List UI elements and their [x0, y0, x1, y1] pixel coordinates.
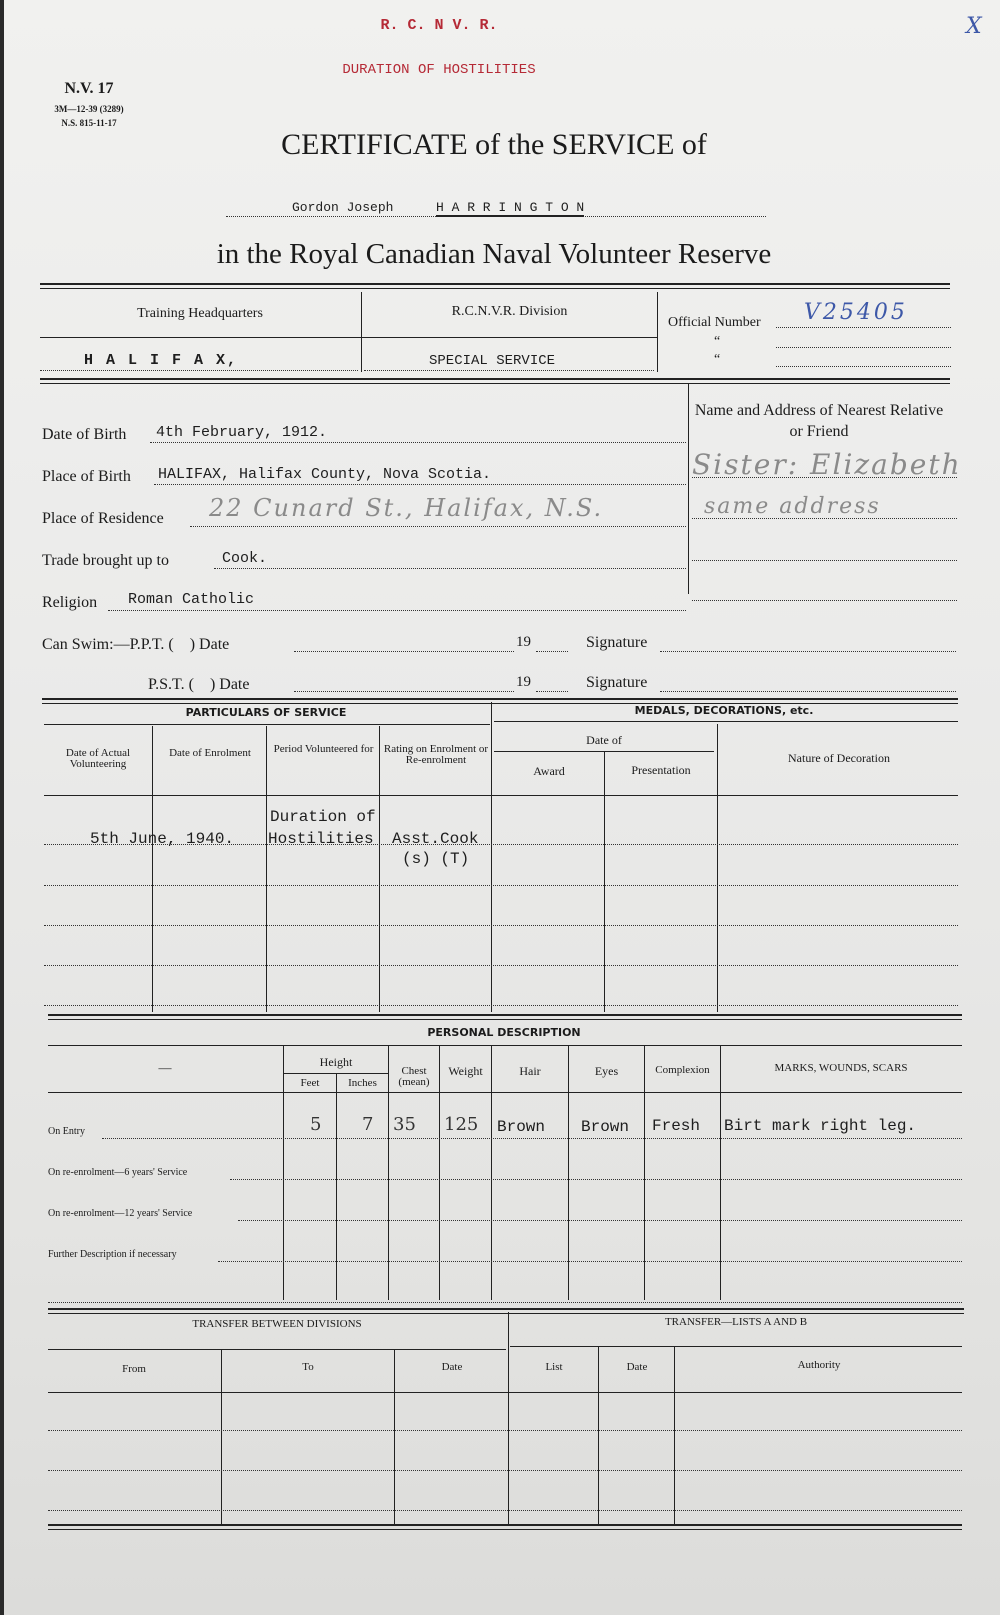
corner-mark: X: [966, 14, 982, 39]
complexion-value: Fresh: [652, 1117, 700, 1135]
next-of-kin-line2: same address: [704, 494, 881, 519]
col-inches: Inches: [337, 1077, 388, 1089]
dob-value: 4th February, 1912.: [156, 424, 327, 441]
col-transfer-date: Date: [396, 1361, 508, 1373]
ditto-mark: “: [714, 334, 720, 350]
ditto-mark: “: [714, 352, 720, 368]
pst-year: 19: [516, 674, 531, 691]
feet-value: 5: [310, 1114, 323, 1135]
transfer-lists-title: TRANSFER—LISTS A AND B: [510, 1316, 962, 1328]
form-code-2: N.S. 815-11-17: [39, 118, 139, 128]
ppt-signature-label: Signature: [586, 634, 647, 652]
weight-value: 125: [444, 1114, 478, 1135]
row-reenrol-12-label: On re-enrolment—12 years' Service: [48, 1208, 192, 1219]
pst-signature-label: Signature: [586, 674, 647, 692]
rcnvr-stamp: R. C. N V. R.: [334, 17, 544, 34]
col-hair: Hair: [492, 1064, 568, 1079]
religion-label: Religion: [42, 594, 97, 612]
particulars-title: PARTICULARS OF SERVICE: [42, 706, 490, 719]
next-of-kin-label: Name and Address of Nearest Relative or …: [694, 400, 944, 442]
name-surname: H A R R I N G T O N: [436, 200, 584, 217]
division-value: SPECIAL SERVICE: [429, 353, 555, 369]
name-given: Gordon Joseph: [292, 200, 393, 215]
eyes-value: Brown: [581, 1118, 629, 1136]
pob-label: Place of Birth: [42, 468, 131, 486]
col-date-volunteering: Date of Actual Volunteering: [44, 748, 152, 770]
certificate-subtitle: in the Royal Canadian Naval Volunteer Re…: [114, 238, 874, 271]
official-number-label: Official Number: [668, 315, 761, 331]
training-hq-value: H A L I F A X,: [84, 352, 238, 369]
row-further-label: Further Description if necessary: [48, 1249, 177, 1260]
col-authority: Authority: [676, 1359, 962, 1371]
ppt-year: 19: [516, 634, 531, 651]
service-certificate-page: R. C. N V. R. DURATION OF HOSTILITIES X …: [4, 0, 1000, 1615]
ppt-label: Can Swim:—P.P.T. ( ) Date: [42, 636, 229, 654]
col-feet: Feet: [284, 1077, 336, 1089]
transfer-divisions-title: TRANSFER BETWEEN DIVISIONS: [48, 1318, 506, 1330]
col-height: Height: [284, 1055, 388, 1070]
residence-value: 22 Cunard St., Halifax, N.S.: [209, 494, 603, 522]
training-hq-label: Training Headquarters: [40, 306, 360, 322]
medals-award: Award: [494, 764, 604, 779]
col-chest: Chest (mean): [389, 1066, 439, 1088]
col-to: To: [222, 1361, 394, 1373]
medals-presentation: Presentation: [606, 763, 716, 778]
form-number: N.V. 17: [44, 80, 134, 98]
col-rating: Rating on Enrolment or Re-enrolment: [382, 744, 490, 766]
certificate-title: CERTIFICATE of the SERVICE of: [184, 128, 804, 162]
trade-label: Trade brought up to: [42, 552, 169, 570]
rating-value-2: (s) (T): [402, 850, 469, 868]
pob-value: HALIFAX, Halifax County, Nova Scotia.: [158, 466, 491, 483]
rating-value-1: Asst.Cook: [392, 830, 478, 848]
inches-value: 7: [362, 1114, 375, 1135]
dob-label: Date of Birth: [42, 426, 126, 444]
date-volunteering-value: 5th June, 1940.: [90, 830, 234, 848]
period-value-1: Duration of: [270, 808, 376, 826]
col-date-enrolment: Date of Enrolment: [154, 748, 266, 759]
religion-value: Roman Catholic: [128, 591, 254, 608]
medals-nature: Nature of Decoration: [719, 751, 959, 766]
row-reenrol-6-label: On re-enrolment—6 years' Service: [48, 1167, 187, 1178]
duration-stamp: DURATION OF HOSTILITIES: [304, 62, 574, 78]
period-value-2: Hostilities: [268, 830, 374, 848]
medals-title: MEDALS, DECORATIONS, etc.: [494, 704, 954, 717]
form-code-1: 3M—12-39 (3289): [39, 104, 139, 114]
col-eyes: Eyes: [569, 1064, 644, 1079]
chest-value: 35: [393, 1114, 416, 1135]
col-from: From: [48, 1363, 220, 1375]
row-on-entry-label: On Entry: [48, 1126, 85, 1137]
col-list-date: Date: [600, 1361, 674, 1373]
col-complexion: Complexion: [645, 1064, 720, 1076]
description-dash: —: [48, 1060, 282, 1076]
residence-label: Place of Residence: [42, 510, 164, 528]
col-weight: Weight: [440, 1064, 491, 1079]
col-list: List: [510, 1361, 598, 1373]
pst-label: P.S.T. ( ) Date: [148, 676, 249, 694]
division-label: R.C.N.V.R. Division: [362, 304, 657, 320]
trade-value: Cook.: [222, 550, 267, 567]
hair-value: Brown: [497, 1118, 545, 1136]
col-marks: MARKS, WOUNDS, SCARS: [721, 1062, 961, 1074]
medals-date-of: Date of: [494, 733, 714, 748]
col-period: Period Volunteered for: [268, 744, 379, 755]
marks-value: Birt mark right leg.: [724, 1117, 916, 1135]
personal-description-title: PERSONAL DESCRIPTION: [304, 1026, 704, 1039]
official-number-value: V25405: [804, 300, 908, 325]
